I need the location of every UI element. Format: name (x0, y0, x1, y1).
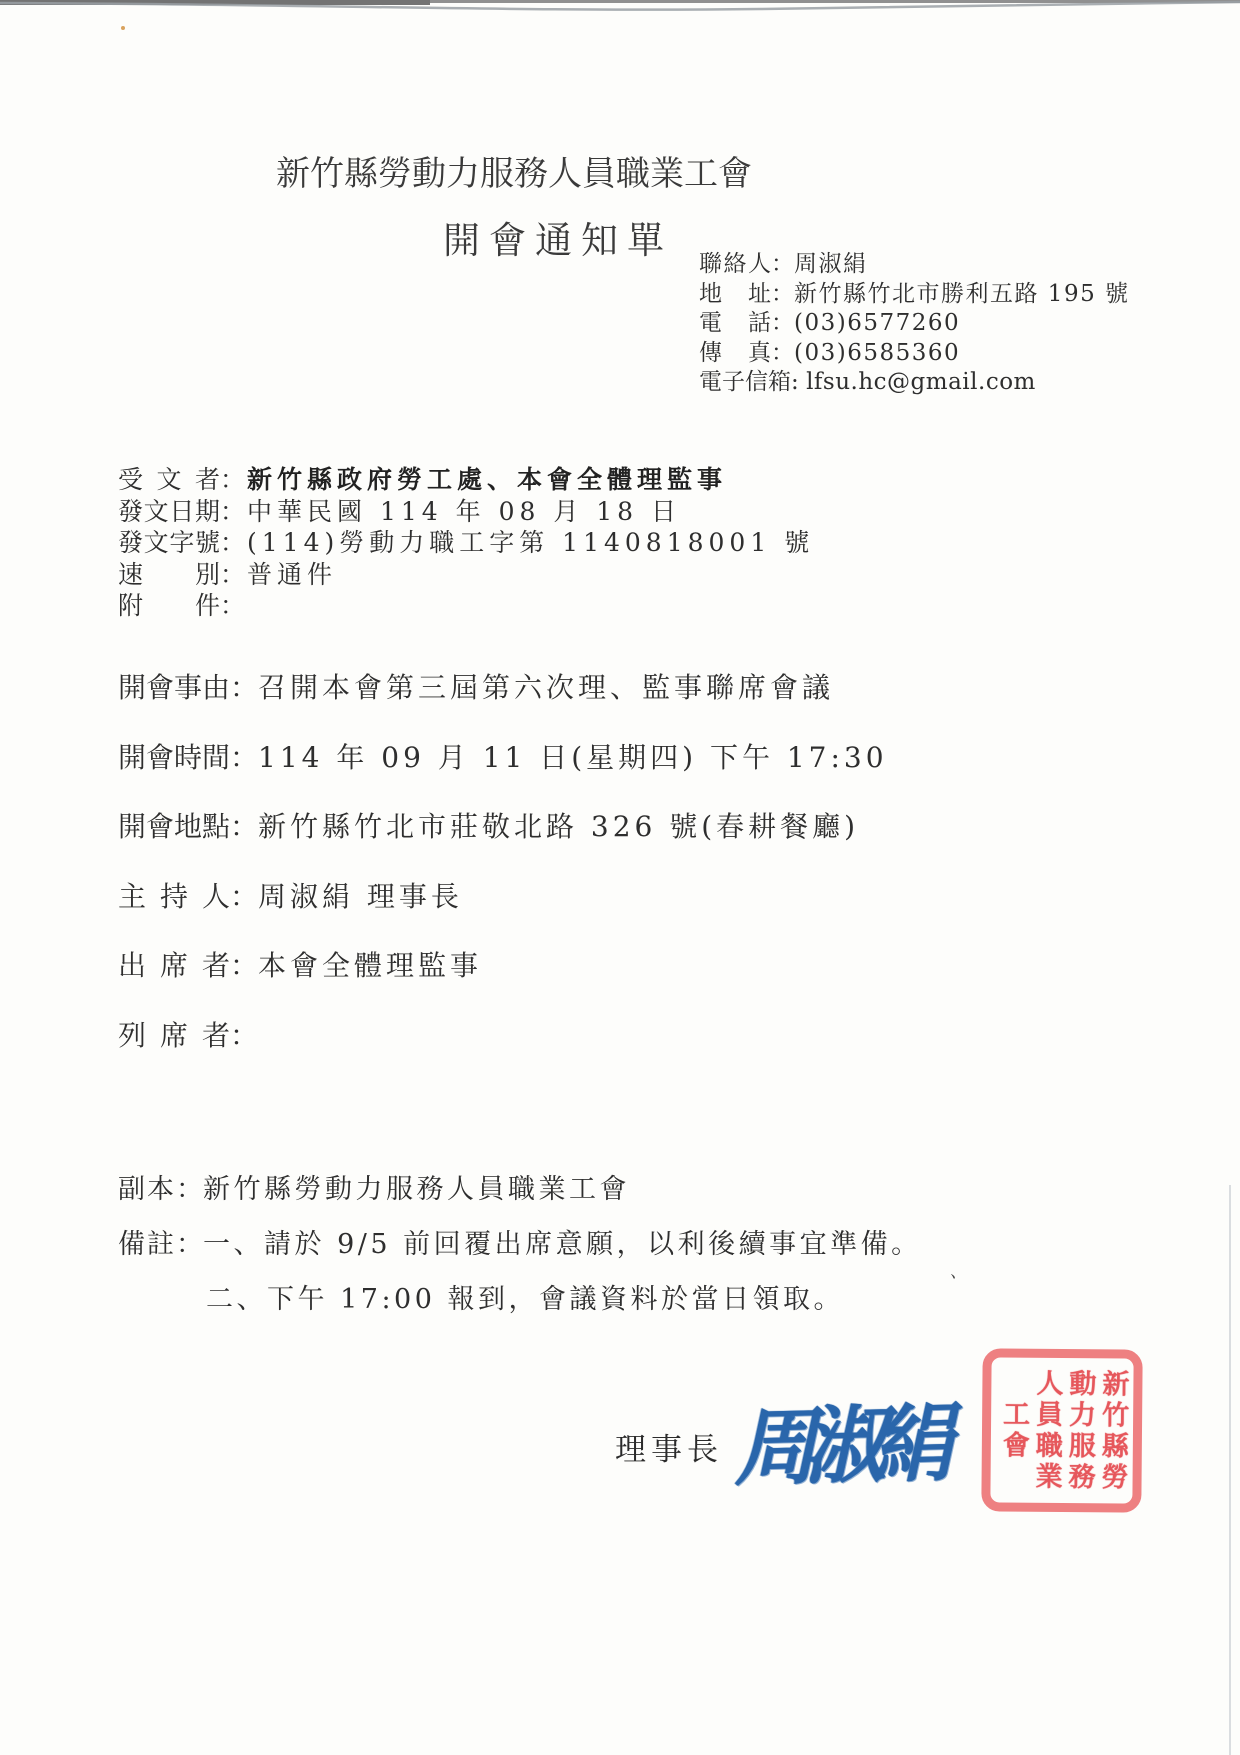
field-label: 列席者 (118, 1020, 230, 1052)
field-colon: ： (176, 1229, 203, 1260)
seal-text: 新竹縣勞動力服務人員職業工會 (994, 1362, 1129, 1498)
meta-row-date: 發文日期：中華民國 114 年 08 月 18 日 (118, 496, 814, 528)
pen-mark: 、 (949, 1257, 969, 1284)
row-meeting-place: 開會地點：新竹縣竹北市莊敬北路 326 號(春耕餐廳) (118, 811, 888, 843)
contact-block: 聯絡人：周淑絹 地址：新竹縣竹北市勝利五路 195 號 電話：(03)65772… (699, 250, 1130, 398)
field-colon: ： (230, 810, 258, 843)
field-value: 新竹縣勞動力服務人員職業工會 (203, 1174, 630, 1205)
scanned-meeting-notice: 、 新竹縣勞動力服務人員職業工會 開會通知單 聯絡人：周淑絹 地址：新竹縣竹北市… (0, 0, 1240, 1755)
field-label: 附件 (118, 590, 220, 622)
field-colon: ： (220, 528, 245, 557)
contact-label: 電話 (699, 309, 771, 339)
meta-row-ref-number: 發文字號：(114)勞動力職工字第 1140818001 號 (118, 527, 814, 559)
field-value: 二、下午 17:00 報到，會議資料於當日領取。 (206, 1284, 844, 1315)
meeting-details-block: 開會事由：召開本會第三屆第六次理、監事聯席會議 開會時間：114 年 09 月 … (118, 672, 888, 1089)
contact-value: lfsu.hc@gmail.com (806, 369, 1036, 395)
meta-block: 受文者：新竹縣政府勞工處、本會全體理監事 發文日期：中華民國 114 年 08 … (118, 464, 814, 622)
scan-edge-line (1229, 1185, 1231, 1755)
field-label: 副本 (118, 1174, 176, 1205)
field-label: 速別 (118, 559, 220, 591)
meta-row-recipient: 受文者：新竹縣政府勞工處、本會全體理監事 (118, 464, 814, 496)
contact-colon: ： (771, 310, 794, 336)
row-meeting-time: 開會時間：114 年 09 月 11 日(星期四) 下午 17:30 (118, 742, 888, 774)
contact-label: 地址 (699, 280, 771, 310)
contact-value: 新竹縣竹北市勝利五路 195 號 (794, 281, 1130, 307)
field-label: 發文日期 (118, 496, 220, 528)
contact-row-person: 聯絡人：周淑絹 (699, 250, 1130, 280)
union-seal-stamp: 新竹縣勞動力服務人員職業工會 (981, 1348, 1142, 1512)
field-value: 114 年 09 月 11 日(星期四) 下午 17:30 (258, 741, 888, 774)
field-value: (114)勞動力職工字第 1140818001 號 (247, 528, 814, 557)
field-colon: ： (230, 1019, 258, 1052)
field-value: 新竹縣政府勞工處、本會全體理監事 (247, 465, 727, 494)
contact-row-phone: 電話：(03)6577260 (699, 309, 1130, 339)
field-colon: ： (220, 465, 245, 494)
row-remarks-1: 備註：一、請於 9/5 前回覆出席意願，以利後續事宜準備。 (118, 1229, 922, 1261)
field-label: 開會地點 (118, 811, 230, 843)
field-colon: ： (230, 671, 258, 704)
contact-label: 傳真 (699, 339, 771, 369)
field-colon: ： (230, 880, 258, 913)
row-remarks-2: 二、下午 17:00 報到，會議資料於當日領取。 (118, 1284, 922, 1316)
field-label: 備註 (118, 1229, 176, 1260)
meta-row-priority: 速別：普通件 (118, 559, 814, 591)
field-value: 中華民國 114 年 08 月 18 日 (247, 497, 681, 526)
contact-colon: ： (771, 251, 794, 277)
field-value: 召開本會第三屆第六次理、監事聯席會議 (258, 671, 834, 704)
field-colon: ： (230, 949, 258, 982)
footer-block: 副本：新竹縣勞動力服務人員職業工會 備註：一、請於 9/5 前回覆出席意願，以利… (118, 1174, 922, 1316)
field-value: 本會全體理監事 (258, 949, 482, 982)
contact-row-fax: 傳真：(03)6585360 (699, 339, 1130, 369)
field-colon: ： (220, 591, 245, 620)
contact-colon: : (791, 369, 806, 395)
document-title: 新竹縣勞動力服務人員職業工會 (0, 146, 1028, 195)
contact-colon: ： (771, 340, 794, 366)
field-value: 一、請於 9/5 前回覆出席意願，以利後續事宜準備。 (203, 1229, 922, 1260)
contact-value: (03)6577260 (794, 310, 960, 336)
field-colon: ： (176, 1174, 203, 1205)
row-meeting-subject: 開會事由：召開本會第三屆第六次理、監事聯席會議 (118, 672, 888, 704)
field-colon: ： (220, 497, 245, 526)
scan-top-edge (0, 0, 1240, 18)
field-colon: ： (230, 741, 258, 774)
field-value: 周淑絹 理事長 (258, 880, 463, 913)
field-label: 開會事由 (118, 672, 230, 704)
field-label: 主持人 (118, 881, 230, 913)
row-chairperson: 主持人：周淑絹 理事長 (118, 881, 888, 913)
contact-colon: ： (771, 281, 794, 307)
field-label: 開會時間 (118, 742, 230, 774)
field-label: 出席者 (118, 950, 230, 982)
contact-value: (03)6585360 (794, 340, 960, 366)
row-attendees: 出席者：本會全體理監事 (118, 950, 888, 982)
chairman-title-label: 理事長 (615, 1424, 723, 1469)
field-value: 普通件 (247, 560, 337, 589)
field-colon: ： (220, 560, 245, 589)
contact-row-address: 地址：新竹縣竹北市勝利五路 195 號 (699, 280, 1130, 310)
contact-value: 周淑絹 (794, 251, 868, 277)
contact-label: 電子信箱 (699, 368, 791, 398)
chairman-signature: 周淑絹 (733, 1393, 941, 1498)
meta-row-attachment: 附件： (118, 590, 814, 622)
field-label: 發文字號 (118, 527, 220, 559)
scan-speck (121, 26, 125, 30)
field-label: 受文者 (118, 464, 220, 496)
field-value: 新竹縣竹北市莊敬北路 326 號(春耕餐廳) (258, 810, 859, 843)
row-copy-to: 副本：新竹縣勞動力服務人員職業工會 (118, 1174, 922, 1206)
row-observers: 列席者： (118, 1020, 888, 1052)
contact-row-email: 電子信箱: lfsu.hc@gmail.com (699, 368, 1130, 398)
contact-label: 聯絡人 (699, 250, 771, 280)
